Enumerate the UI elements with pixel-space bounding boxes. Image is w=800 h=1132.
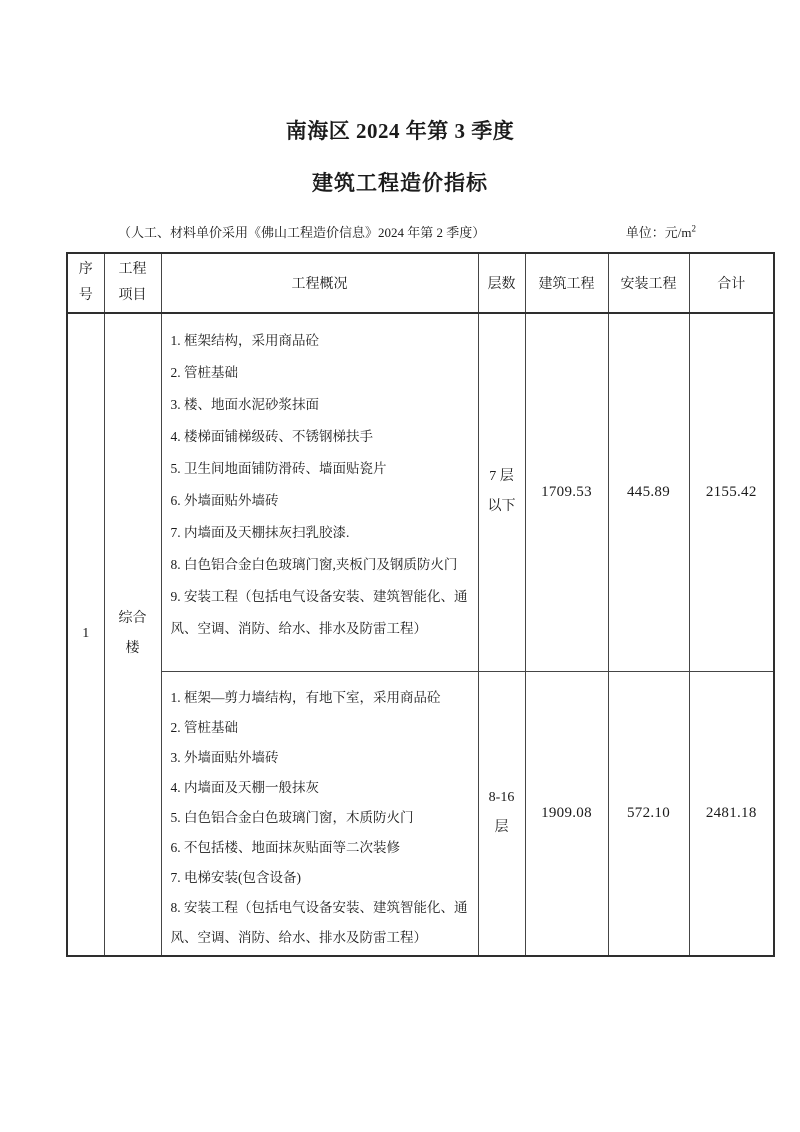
header-installation-cost: 安装工程 [608,253,689,313]
cost-index-table: 序 号 工程 项目 工程概况 层数 建筑工程 安装工程 合计 1 综合 楼 [66,252,775,957]
header-floors: 层数 [478,253,525,313]
header-total: 合计 [689,253,774,313]
overview-item: 1. 框架—剪力墙结构，有地下室，采用商品砼 [171,683,474,713]
unit-text: 单位：元/m [626,225,692,240]
overview-item: 4. 楼梯面铺梯级砖、不锈钢梯扶手 [171,421,474,453]
floors-line1: 8-16 [479,783,525,813]
header-seq-line1: 序 [68,257,104,283]
cell-construction-low-rise: 1709.53 [525,313,608,671]
cell-overview-low-rise: 1. 框架结构，采用商品砼 2. 管桩基础 3. 楼、地面水泥砂浆抹面 4. 楼… [161,313,478,671]
meta-row: （人工、材料单价采用《佛山工程造价信息》2024 年第 2 季度） 单位：元/m… [0,222,800,241]
page-subtitle: 建筑工程造价指标 [0,168,800,198]
source-note: （人工、材料单价采用《佛山工程造价信息》2024 年第 2 季度） [118,222,485,241]
overview-item: 8. 白色铝合金白色玻璃门窗,夹板门及钢质防火门 [171,549,474,581]
header-project-line2: 项目 [105,283,161,309]
cell-total-low-rise: 2155.42 [689,313,774,671]
overview-item: 3. 外墙面贴外墙砖 [171,743,474,773]
header-seq-line2: 号 [68,283,104,309]
overview-item: 2. 管桩基础 [171,357,474,389]
cell-project: 综合 楼 [104,313,161,956]
overview-item: 3. 楼、地面水泥砂浆抹面 [171,389,474,421]
cell-installation-low-rise: 445.89 [608,313,689,671]
cell-total-mid-rise: 2481.18 [689,671,774,956]
header-seq: 序 号 [67,253,104,313]
document-page: 南海区 2024 年第 3 季度 建筑工程造价指标 （人工、材料单价采用《佛山工… [0,0,800,1132]
cell-overview-mid-rise: 1. 框架—剪力墙结构，有地下室，采用商品砼 2. 管桩基础 3. 外墙面贴外墙… [161,671,478,956]
unit-superscript: 2 [692,224,697,234]
overview-item: 4. 内墙面及天棚一般抹灰 [171,773,474,803]
overview-item: 2. 管桩基础 [171,713,474,743]
cell-construction-mid-rise: 1909.08 [525,671,608,956]
cell-seq: 1 [67,313,104,956]
cell-installation-mid-rise: 572.10 [608,671,689,956]
floors-line1: 7 层 [479,462,525,492]
overview-item: 7. 电梯安装(包含设备) [171,863,474,893]
overview-item: 8. 安装工程（包括电气设备安装、建筑智能化、通风、空调、消防、给水、排水及防雷… [171,893,474,953]
header-project-line1: 工程 [105,257,161,283]
floors-line2: 层 [479,813,525,843]
cell-floors-low-rise: 7 层 以下 [478,313,525,671]
overview-item: 7. 内墙面及天棚抹灰扫乳胶漆. [171,517,474,549]
header-row: 序 号 工程 项目 工程概况 层数 建筑工程 安装工程 合计 [67,253,774,313]
header-project: 工程 项目 [104,253,161,313]
project-line2: 楼 [105,634,161,664]
overview-item: 5. 白色铝合金白色玻璃门窗，木质防火门 [171,803,474,833]
overview-item: 6. 不包括楼、地面抹灰贴面等二次装修 [171,833,474,863]
overview-item: 6. 外墙面贴外墙砖 [171,485,474,517]
table-row: 1. 框架—剪力墙结构，有地下室，采用商品砼 2. 管桩基础 3. 外墙面贴外墙… [67,671,774,956]
title-block: 南海区 2024 年第 3 季度 建筑工程造价指标 [0,0,800,198]
floors-line2: 以下 [479,492,525,522]
overview-item: 1. 框架结构，采用商品砼 [171,325,474,357]
table-row: 1 综合 楼 1. 框架结构，采用商品砼 2. 管桩基础 3. 楼、地面水泥砂浆… [67,313,774,671]
project-line1: 综合 [105,604,161,634]
page-title: 南海区 2024 年第 3 季度 [0,116,800,146]
overview-item: 5. 卫生间地面铺防滑砖、墙面贴瓷片 [171,453,474,485]
unit-label: 单位：元/m2 [626,222,696,241]
overview-item: 9. 安装工程（包括电气设备安装、建筑智能化、通风、空调、消防、给水、排水及防雷… [171,581,474,645]
cell-floors-mid-rise: 8-16 层 [478,671,525,956]
header-construction-cost: 建筑工程 [525,253,608,313]
header-overview: 工程概况 [161,253,478,313]
